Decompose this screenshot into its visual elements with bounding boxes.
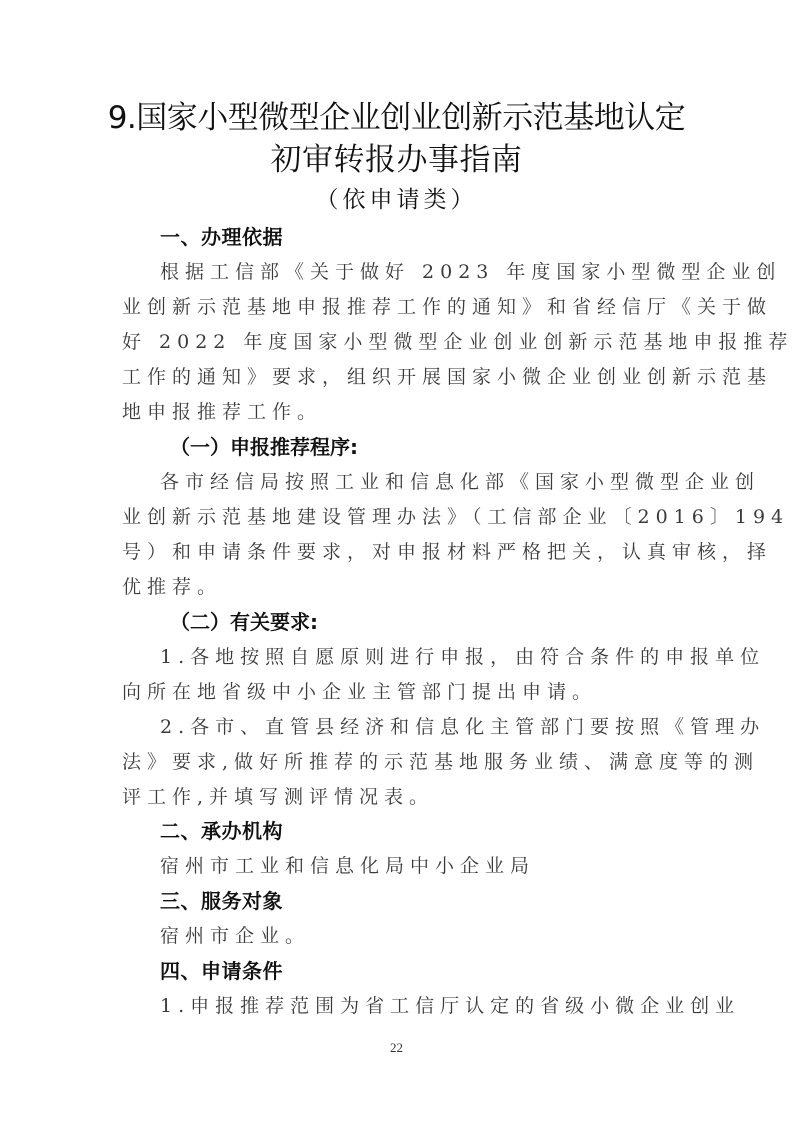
- page-number: 22: [0, 1040, 793, 1056]
- paragraph-line: 优推荐。: [122, 572, 222, 602]
- section-heading-conditions: 四、申请条件: [160, 956, 283, 986]
- paragraph-line: 1.各地按照自愿原则进行申报，由符合条件的申报单位: [160, 642, 765, 672]
- paragraph-line: 根据工信部《关于做好 2023 年度国家小型微型企业创: [160, 257, 781, 287]
- paragraph-line: 好 2022 年度国家小型微型企业创业创新示范基地申报推荐: [122, 327, 793, 357]
- paragraph-line: 工作的通知》要求，组织开展国家小微企业创业创新示范基: [122, 362, 772, 392]
- paragraph-line: 地申报推荐工作。: [122, 397, 322, 427]
- paragraph-line: 宿州市工业和信息化局中小企业局: [160, 851, 535, 881]
- paragraph-line: 向所在地省级中小企业主管部门提出申请。: [122, 677, 597, 707]
- paragraph-line: 宿州市企业。: [160, 921, 310, 951]
- document-title-line-1: 9.国家小型微型企业创业创新示范基地认定: [0, 98, 793, 138]
- document-title-line-2: 初审转报办事指南: [0, 140, 793, 180]
- subsection-heading-procedure: （一）申报推荐程序:: [170, 432, 358, 462]
- paragraph-line: 法》要求,做好所推荐的示范基地服务业绩、满意度等的测: [122, 747, 759, 777]
- section-heading-target: 三、服务对象: [160, 886, 283, 916]
- section-heading-basis: 一、办理依据: [160, 222, 283, 252]
- paragraph-line: 1.申报推荐范围为省工信厅认定的省级小微企业创业: [160, 991, 740, 1021]
- section-heading-agency: 二、承办机构: [160, 816, 283, 846]
- document-subtitle: （依申请类）: [0, 183, 793, 217]
- document-page: 9.国家小型微型企业创业创新示范基地认定 初审转报办事指南 （依申请类） 一、办…: [0, 0, 793, 1122]
- paragraph-line: 各市经信局按照工业和信息化部《国家小型微型企业创: [160, 467, 760, 497]
- subsection-heading-requirements: （二）有关要求:: [170, 607, 318, 637]
- paragraph-line: 2.各市、直管县经济和信息化主管部门要按照《管理办: [160, 712, 765, 742]
- paragraph-line: 评工作,并填写测评情况表。: [122, 782, 434, 812]
- paragraph-line: 业创新示范基地申报推荐工作的通知》和省经信厅《关于做: [122, 292, 772, 322]
- paragraph-line: 号）和申请条件要求，对申报材料严格把关，认真审核，择: [122, 537, 772, 567]
- paragraph-line: 业创新示范基地建设管理办法》（工信部企业〔2016〕194: [122, 502, 789, 532]
